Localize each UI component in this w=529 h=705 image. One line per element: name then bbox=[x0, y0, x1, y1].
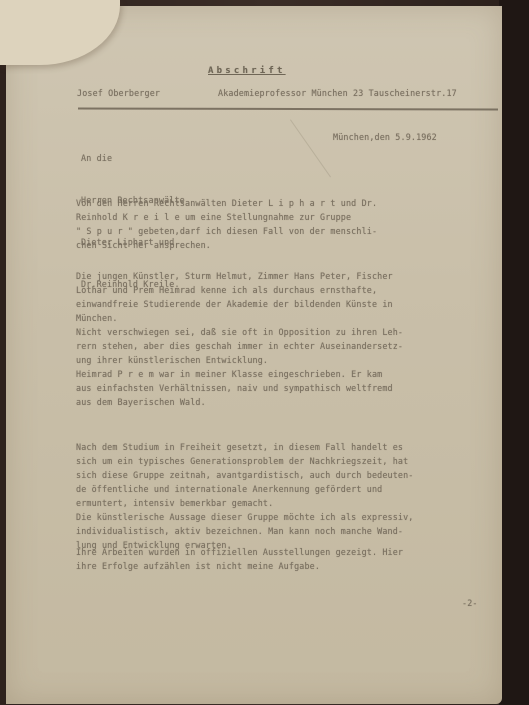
sender-address: Akademieprofessor München 23 Tauscheiner… bbox=[218, 86, 457, 100]
text-line: Nach dem Studium in Freiheit gesetzt, in… bbox=[76, 440, 414, 454]
text-line: Heimrad P r e m war in meiner Klasse ein… bbox=[76, 367, 403, 381]
photo-scene: Abschrift Josef Oberberger Akademieprofe… bbox=[0, 0, 529, 705]
text-line: rern stehen, aber dies geschah immer in … bbox=[76, 339, 403, 353]
text-line: aus dem Bayerischen Wald. bbox=[76, 395, 403, 409]
document-title: Abschrift bbox=[208, 64, 286, 78]
text-line: aus einfachsten Verhältnissen, naiv und … bbox=[76, 381, 403, 395]
text-line: Die künstlerische Aussage dieser Gruppe … bbox=[76, 510, 414, 524]
sender-name: Josef Oberberger bbox=[77, 86, 160, 100]
paragraph: Die jungen Künstler, Sturm Helmut, Zimme… bbox=[76, 269, 403, 409]
paragraph: Von den Herren Rechtsanwälten Dieter L i… bbox=[76, 196, 377, 252]
text-line: Die jungen Künstler, Sturm Helmut, Zimme… bbox=[76, 269, 403, 283]
text-line: ung ihrer künstlerischen Entwicklung. bbox=[76, 353, 403, 367]
text-line: Reinhold K r e i l e um eine Stellungnah… bbox=[76, 210, 377, 224]
recipient-line: An die bbox=[81, 151, 185, 165]
text-line: " S p u r " gebeten,darf ich diesen Fall… bbox=[76, 224, 377, 238]
text-line: sich um ein typisches Generationsproblem… bbox=[76, 454, 414, 468]
text-line: München. bbox=[76, 311, 403, 325]
text-line: einwandfreie Studierende der Akademie de… bbox=[76, 297, 403, 311]
background-edge bbox=[499, 0, 529, 705]
page-marker: -2- bbox=[462, 596, 478, 610]
text-line: ermuntert, intensiv bemerkbar gemacht. bbox=[76, 496, 414, 510]
text-line: de öffentliche und internationale Anerke… bbox=[76, 482, 414, 496]
paragraph: Nach dem Studium in Freiheit gesetzt, in… bbox=[76, 440, 414, 552]
letter-date: München,den 5.9.1962 bbox=[333, 130, 437, 144]
text-line: chen Sicht her ansprechen. bbox=[76, 238, 377, 252]
text-line: Nicht verschwiegen sei, daß sie oft in O… bbox=[76, 325, 403, 339]
text-line: individualistisch, aktiv bezeichnen. Man… bbox=[76, 524, 414, 538]
text-line: sich diese Gruppe zeitnah, avantgardisti… bbox=[76, 468, 414, 482]
text-line: Von den Herren Rechtsanwälten Dieter L i… bbox=[76, 196, 377, 210]
text-line: Ihre Arbeiten wurden in offiziellen Auss… bbox=[76, 545, 403, 559]
text-line: ihre Erfolge aufzählen ist nicht meine A… bbox=[76, 559, 403, 573]
paragraph: Ihre Arbeiten wurden in offiziellen Auss… bbox=[76, 545, 403, 573]
text-line: Lothar und Prem Heimrad kenne ich als du… bbox=[76, 283, 403, 297]
